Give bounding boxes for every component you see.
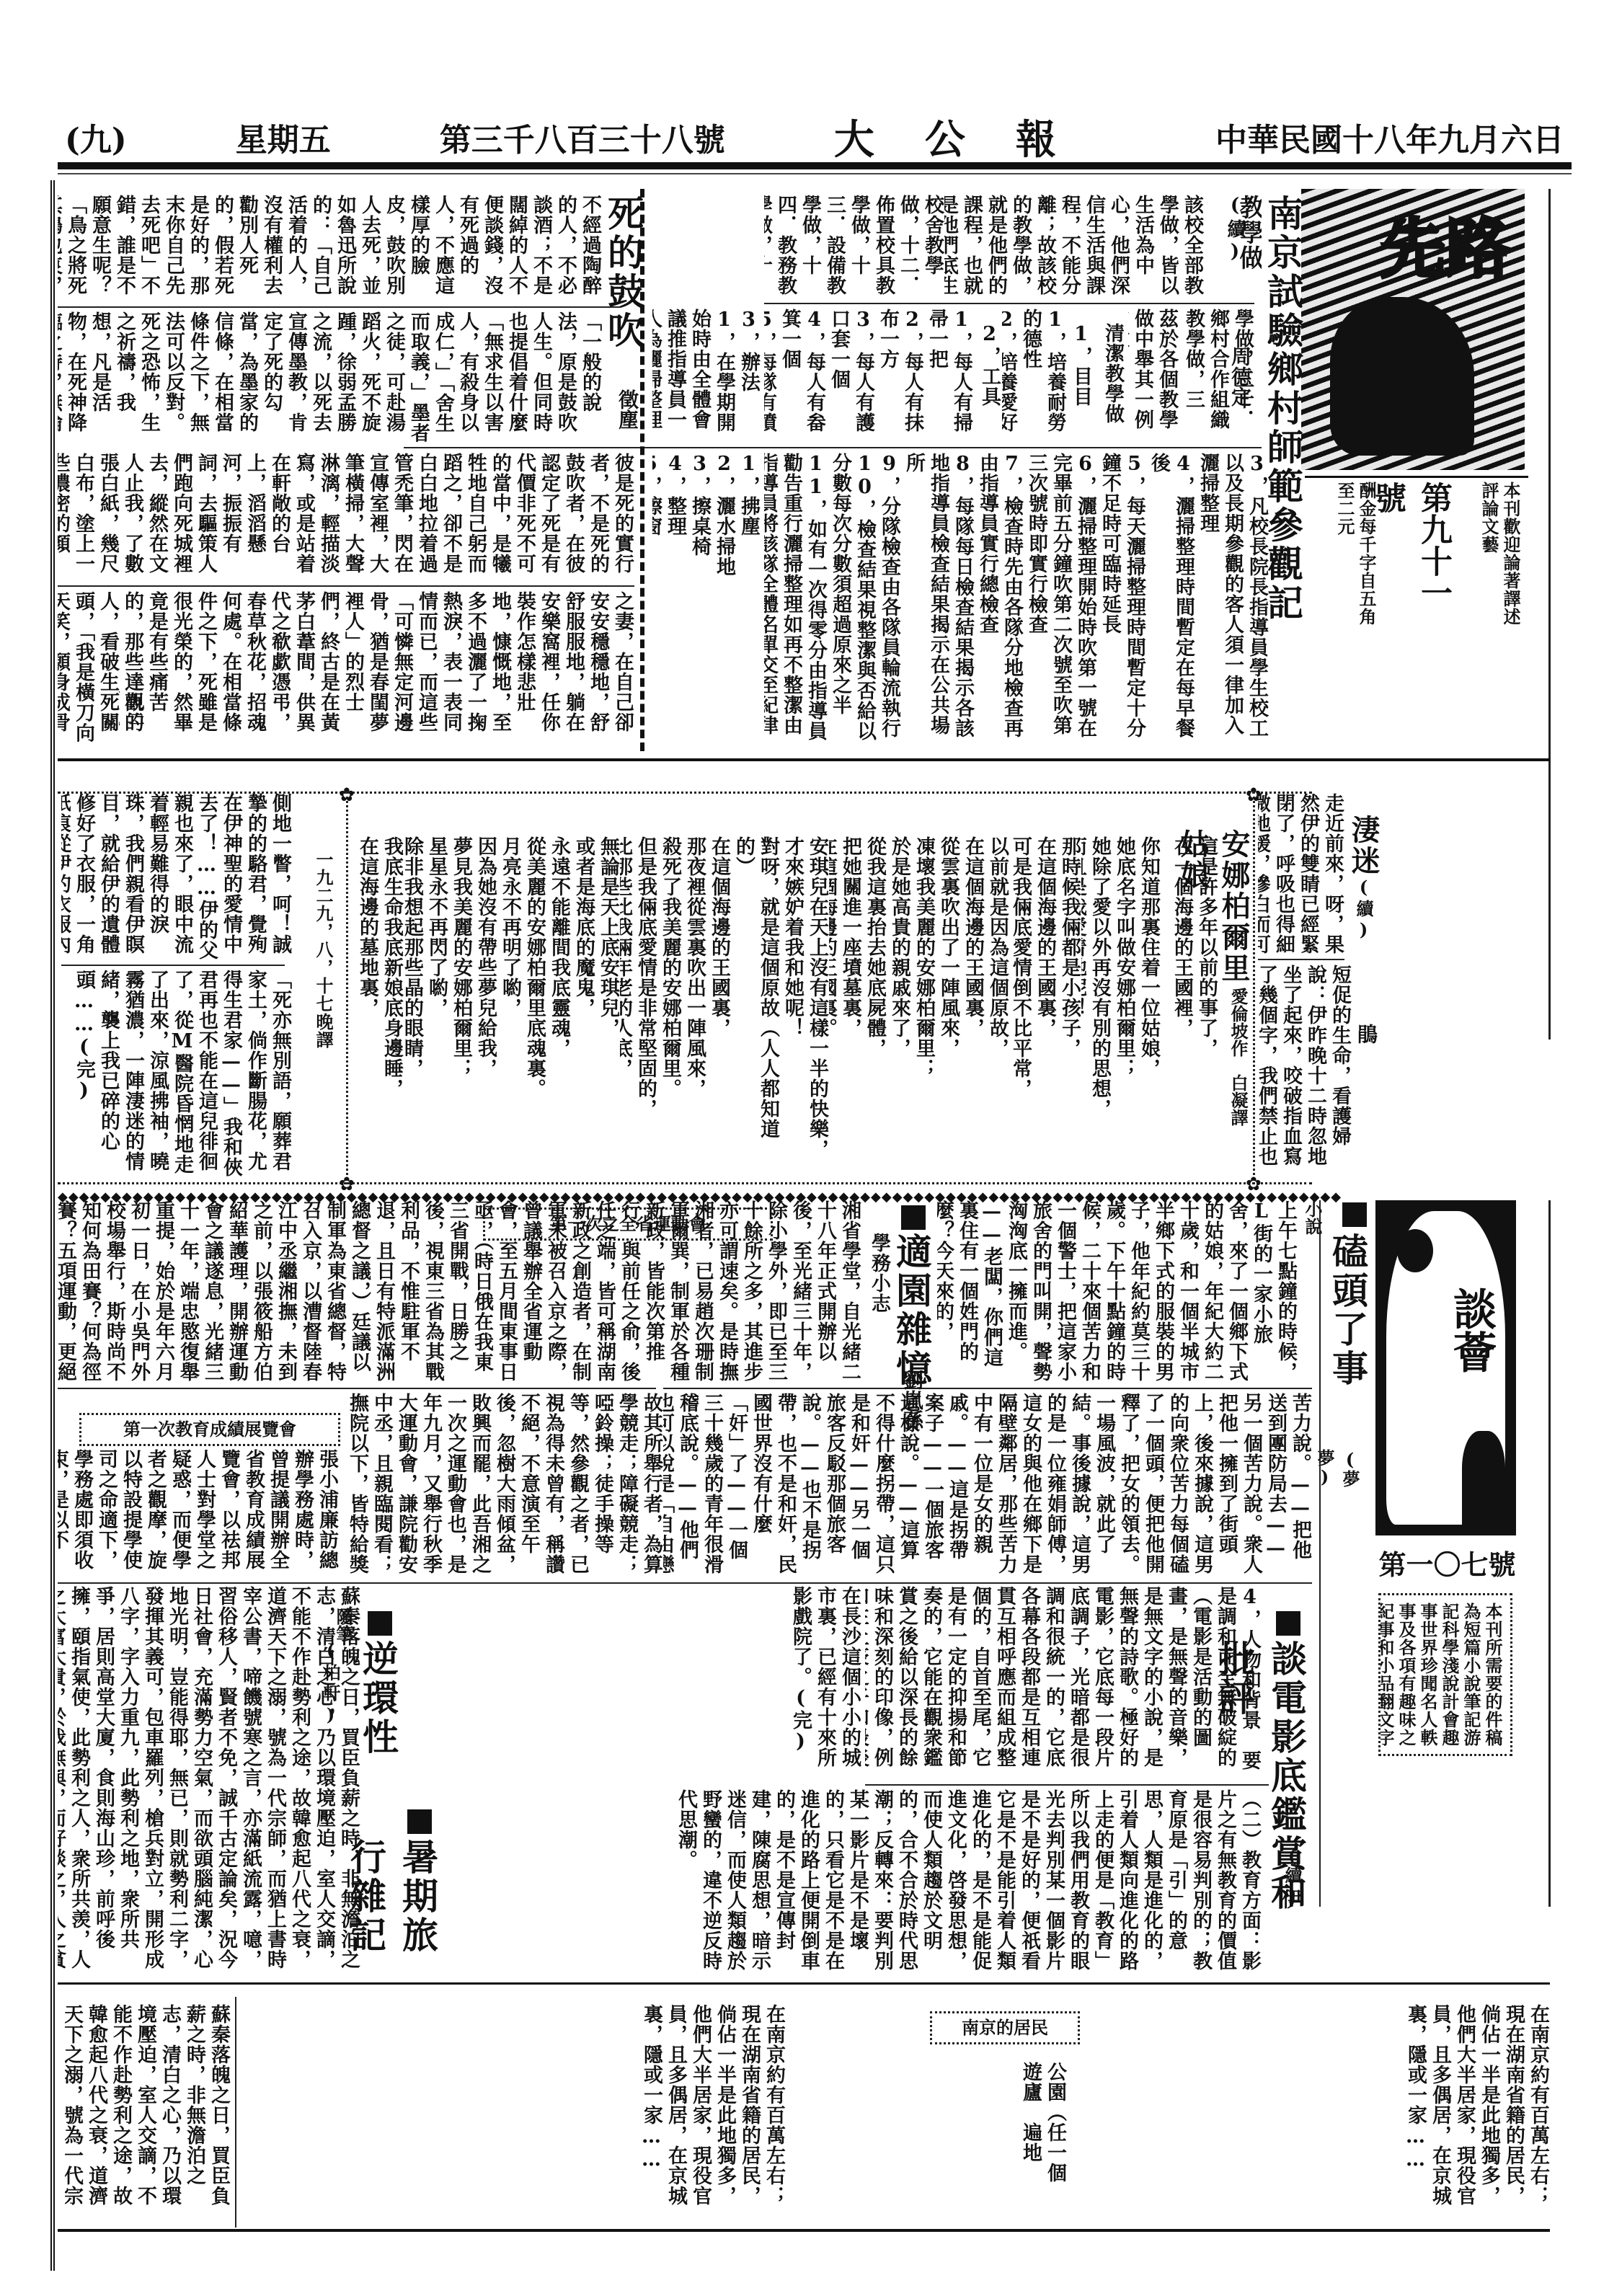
speaker-figure-icon xyxy=(1397,1229,1433,1272)
xianlu-notice: 本刊歡迎論著譯述評論文藝 xyxy=(1478,482,1521,626)
qimi-story-text1: 走近前來，呀，果然伊的雙睛已經緊閉了，呼吸也得細微弛緩，慘白而可怕的容顏，使我們… xyxy=(1258,793,1344,959)
poem-title: 安娜柏爾里姑娘 xyxy=(1218,829,1254,1009)
shiyuan-mark-icon xyxy=(901,1205,926,1233)
poem-stanza-6b: 我底生命我底新娘底身邊睡，在這海邊的墓地裏， xyxy=(353,836,404,1168)
nanjing-article-title: 南京試驗鄉村師範參觀記(續) xyxy=(1265,195,1308,692)
poem-translation-date: 一九二九，八，十七晚譯 xyxy=(306,851,335,1153)
tantan-issue-label: 第一〇七號 xyxy=(1377,1543,1517,1582)
movie-article-author: 伊 xyxy=(1276,1889,1305,1918)
ketou-genre-tag: 小說 xyxy=(1303,1200,1325,1287)
ketou-story-text-cont: 苦力說。——把他送到團防局去——另一個苦力說。衆人把他一擁到了街頭上，後來據說，… xyxy=(663,1393,1312,1577)
qimi-story-title: 淒迷(續) xyxy=(1348,815,1384,973)
death-article-para2: 「一般的說法，原是鼓吹人生。但同時也提倡着什麼「無求生以害人，有殺身以成仁，」「… xyxy=(58,311,602,445)
nanjing-tools-label: 2，工具 xyxy=(977,323,1001,446)
ketou-story-title: 磕頭了事 xyxy=(1330,1233,1373,1420)
shiyuan-article-author: 劉嵐孫 xyxy=(898,1370,926,1456)
nanjing-list-part2: 校舍教學做，十二．佈置校具教學做，十三．設備教學做，十四．教務教學做，十五．經濟… xyxy=(764,195,944,299)
step-item: 3，擦桌椅 xyxy=(687,453,712,748)
qimi-story-text4: 「死亦無別語，願葬君家土，倘作斷腸花，尤得生君家——」我和俠君再也不能在這兒徘徊… xyxy=(61,970,292,1179)
poem-stanza-1b: 你知道那裏住着一位姑娘，她底名字叫做安娜柏爾里；她除了愛以外再沒有別的思想，而且… xyxy=(1081,836,1161,1168)
shiyuan-subhead: 學務小志 xyxy=(865,1233,891,1341)
nanjing-rules-list: 3，凡校長院長指導員學生校工以及長期參觀的客人須一律加入灑掃整理 4，灑掃整理時… xyxy=(764,453,1269,748)
qimi-story-author: 鵑 xyxy=(1352,1024,1381,1067)
nanjing-methods: 3，辦法 1，在學期開始時由全體會議推指導員一人為灑掃整理教學做指導員 2，灑掃… xyxy=(652,309,761,446)
rule-item: 3，凡校長院長指導員學生校工以及長期參觀的客人須一律加入灑掃整理 xyxy=(1195,453,1269,748)
nanjing-steps: 1，拂塵 2，灑水掃地 3，擦桌椅 4，整理 5，擦窗 6，其他 (待續) xyxy=(652,453,761,748)
masthead: (九) 星期五 第三千八百三十八號 大公報 中華民國十八年九月六日 xyxy=(65,115,1564,159)
poem-stanza-6: 無論是天上底安琪兒，或者是海底的魔鬼，永遠不能離間我底靈魂，從美麗的安娜柏爾里底… xyxy=(404,836,620,1168)
travel-article-text-right: 在南京約有百萬左右；現在湖南省籍的居民，倘佔一半是此地獨多，他們大半居家，現役官… xyxy=(1081,2004,1550,2220)
nanjing-example-intro: 茲於各個教學做中舉其一例如次： xyxy=(1128,309,1179,446)
travel-article-title: 暑期旅行雜記 xyxy=(400,1838,443,1982)
tool-item: 2，每人有抹布一方 xyxy=(875,309,924,446)
qimi-story-text3: 側地一瞥，呵！誠摯的的駱君，覺殉在伊神聖的愛情中去了！……伊的父親也來了，眼中流… xyxy=(61,793,292,962)
page-number: (九) xyxy=(65,114,127,160)
poem-byline: 愛倫坡作 白凝譯 xyxy=(1222,988,1251,1161)
right-column-rule xyxy=(1548,1200,1551,1907)
ketou-story-author: (夢夢) xyxy=(1334,1449,1362,1514)
rule-item: 4，灑掃整理時間暫定在每早餐後 xyxy=(1146,453,1195,748)
rule xyxy=(1258,959,1344,960)
shiyuan-article-text: 湘省學堂，自光緒二十八年正式開辦以後，至光緒三十年，除小學外，即已至三十餘所之多… xyxy=(58,1200,861,1384)
travel-article-text-mid: 公園（任一個 遊廬 遍地 xyxy=(793,2062,1067,2220)
movie-article-text: 4，人物和背景 要是調和而全無破綻的（電影是活動的圖畫，是無聲的音樂，是無文字的… xyxy=(865,1586,1262,1781)
rule-item: 11，如有一次得零分由指導員勸告重行灑掃整理如再不整潔由指導員將該隊全體名單交至… xyxy=(764,453,828,748)
death-article-title: 死的鼓吹 xyxy=(606,195,649,396)
xianlu-title: 先路 xyxy=(1381,196,1510,290)
exhibition-box-heading: 第一次教育成績展覽會 xyxy=(79,1413,340,1446)
poem-stanza-4-5: 安琪兒在天上沒有這樣一半的快樂，才來嫉妒着我和她呢！對呀，就是這個原故（人人都知… xyxy=(620,836,829,1168)
niyuan-mark-icon xyxy=(368,1611,392,1639)
travel-mark-icon xyxy=(407,1809,432,1837)
nanjing-example-title: 清潔教學做 xyxy=(1096,323,1125,446)
tool-item: 4，每人有畚箕一個 xyxy=(777,309,826,446)
newspaper-name: 大公報 xyxy=(834,108,1107,166)
tantan-notice-box: 本刊所需要的件稿為短篇小說筆記游記科學淺說計會趣事世界珍聞名人軼事及各項有趣味之… xyxy=(1378,1593,1512,1756)
tantan-title: 談薈 xyxy=(1440,1287,1502,1373)
publication-date: 中華民國十八年九月六日 xyxy=(1215,114,1564,160)
poem-stanza-3: 以前就是因為這個原故，在這個海邊的王國裏，從雲裏吹出了一陣風來，凍壞我美麗的安娜… xyxy=(829,836,1009,1168)
tool-item: 3，每人有護口套一個 xyxy=(826,309,875,446)
niyuan-article-text: 蘇秦落魄之日，買臣負薪之時，非無澹泊之志，清白之心，乃以環境壓迫，室人交謫，不能… xyxy=(58,1586,360,1979)
nanjing-author: 周德定 xyxy=(1226,346,1254,440)
step-item: 2，灑水掃地 xyxy=(712,453,736,748)
ketou-story-text: 上午七點鐘的時候，L街的一家小旅舍，來了一個鄉下式的姑娘，年紀大約二十歲，和一個… xyxy=(937,1200,1298,1384)
death-article-author: 徵塵 xyxy=(613,389,642,447)
listener-figure-icon xyxy=(1462,1431,1505,1525)
xianlu-rule xyxy=(1305,476,1528,478)
rule xyxy=(58,1582,1312,1584)
niyuan-article-title: 逆環性(柏軒) xyxy=(360,1640,404,1784)
rule-item: 6，灑掃整理開始時吹第一號在完畢前五分鐘吹第二次號至吹第三次號時即實行檢查 xyxy=(1024,453,1097,748)
shiyuan-article-text2: 故其所舉行者，為算學競走；障礙競走；啞鈴操；徒手操等等，然參觀之者，已視為得未曾… xyxy=(346,1393,663,1577)
tantan-woodcut-illustration: 談薈 xyxy=(1375,1200,1516,1535)
shiyuan-article-title: 適園雜憶 xyxy=(894,1233,937,1391)
rule-item: 5，每天灑掃整理時間暫定十分鐘不足時可臨時延長 xyxy=(1097,453,1146,748)
step-item: 1，拂塵 xyxy=(736,453,761,748)
death-article-para1: 不經過陶醉的人，不必談酒；不是闊綽的人不便談錢，沒有死過的人，不應這樣厚的臉皮，… xyxy=(58,195,602,303)
nanjing-section-heading: 教學做 xyxy=(1218,195,1262,296)
nanjing-goals-list: 1，培養耐勞的德性 2，培養愛好整潔的習慣 3，實行師生共同生活共同甘苦的信條 xyxy=(1002,309,1067,446)
poem-stanza-2: 那時候我倆都是小孩子，在這個海邊的王國裏，可是我倆底愛情倒不比平常，我和我底安娜… xyxy=(1009,836,1081,1168)
travel-subhead-box: 南京的居民 xyxy=(930,2011,1080,2044)
goal-item: 1，培養耐勞的德性 xyxy=(1018,309,1067,446)
weekday: 星期五 xyxy=(236,114,331,160)
nanjing-tools-list: 1，每人有掃帚一把 2，每人有抹布一方 3，每人有護口套一個 4，每人有畚箕一個… xyxy=(764,309,973,446)
rule xyxy=(404,447,1262,448)
rule-item: 9，分隊檢查由各隊員輪流執行 xyxy=(877,453,901,748)
flower-ornament-icon: ✿ xyxy=(339,784,355,806)
section-divider-bottom xyxy=(58,1982,1550,1985)
nanjing-intro-text: 該校全部教學做，皆以生活為中心，他們深信生活與課程，不能分離；故該校的教學做，就… xyxy=(944,195,1204,299)
page-bottom-rule xyxy=(58,2229,1550,2232)
rule xyxy=(764,303,1254,304)
xianlu-issue-label: 第九十一號 xyxy=(1406,482,1456,626)
death-article-para3: 彼是死的實行者，不是死的鼓吹者，在彼認定了死是有代價非死不可的當中，是犧牲地自己… xyxy=(58,453,634,582)
masthead-thin-rule xyxy=(58,173,1572,174)
rule xyxy=(61,965,285,966)
column-rule xyxy=(1319,1200,1321,1907)
niyuan-article-end: 蘇秦落魄之日，買臣負薪之時，非無澹泊之志，清白之心，乃以環境壓迫，室人交謫，不能… xyxy=(65,2004,231,2220)
qimi-story-text2: 短促的生命，看護婦說：伊昨晚十二時忽地坐了起來，咬破指血寫了幾個字，我們禁止也來… xyxy=(1258,965,1352,1181)
movie-article-text2: （二）教育方面：影片之有無教育的價值是很容易判別的；教育原是「引」的意思，人類是… xyxy=(411,1789,1262,1977)
tool-item: 1，每人有掃帚一把 xyxy=(924,309,973,446)
rule xyxy=(865,1784,1269,1786)
nanjing-goals-label: 1，目目 xyxy=(1067,323,1093,446)
dotted-border-bottom xyxy=(58,1182,1312,1184)
xianlu-woodcut-illustration: 先路 xyxy=(1301,189,1525,470)
horse-rider-icon xyxy=(1330,297,1474,456)
movie-mark-icon xyxy=(1276,1611,1300,1639)
step-item: 5，擦窗 xyxy=(652,453,662,748)
methods-label: 3，辦法 xyxy=(736,309,761,446)
section-divider-top xyxy=(58,758,1550,761)
tool-item: 5，每隊有噴水壺一個 xyxy=(764,309,777,446)
rule-item: 8，每隊每日檢查結果揭示各該地指導員檢查結果揭示在公共場所 xyxy=(901,453,975,748)
step-item: 4，整理 xyxy=(662,453,687,748)
rule xyxy=(58,585,634,587)
column-rule xyxy=(235,1997,236,2228)
death-article-date: 一九二八，九，四。 xyxy=(119,678,148,746)
movie-article-text3: 在長沙這個小小的城市裏，已經有十來所影戲院了。(完) xyxy=(407,1586,861,1781)
rule xyxy=(663,1388,1312,1389)
shiyuan-article-text3: 張小浦廉訪總辦學務處時，曾提議開辦全省教育成績展覽會，以祛邦人士對學堂之疑惑，而… xyxy=(58,1449,339,1579)
rule-item: 7，檢查時先由各隊分地檢查再由指導員實行總檢查 xyxy=(975,453,1024,748)
right-column-rule xyxy=(1548,189,1551,1040)
travel-article-text-left: 在南京約有百萬左右；現在湖南省籍的居民，倘佔一半是此地獨多，他們大半居家，現役官… xyxy=(238,2004,786,2220)
rule xyxy=(58,1388,656,1389)
xianlu-fee: 酬金每千字自五角至二元 xyxy=(1312,482,1377,626)
dotted-border-left-inner xyxy=(346,792,348,1184)
rule-item: 10，檢查結果視整潔與否給以分數每次分數須超過原來之半 xyxy=(828,453,877,748)
ketou-mark-icon xyxy=(1342,1202,1367,1230)
rule xyxy=(58,306,620,308)
poem-stanza-1: 這是許多年以前的事了，在一個海邊的王國裡， xyxy=(1161,836,1218,1168)
masthead-rule xyxy=(58,162,1572,169)
goal-item: 2，培養愛好整潔的習慣 xyxy=(1002,309,1018,446)
issue-number: 第三千八百三十八號 xyxy=(440,114,725,160)
method-item: 1，在學期開始時由全體會議推指導員一人為灑掃整理教學做指導員 xyxy=(652,309,736,446)
